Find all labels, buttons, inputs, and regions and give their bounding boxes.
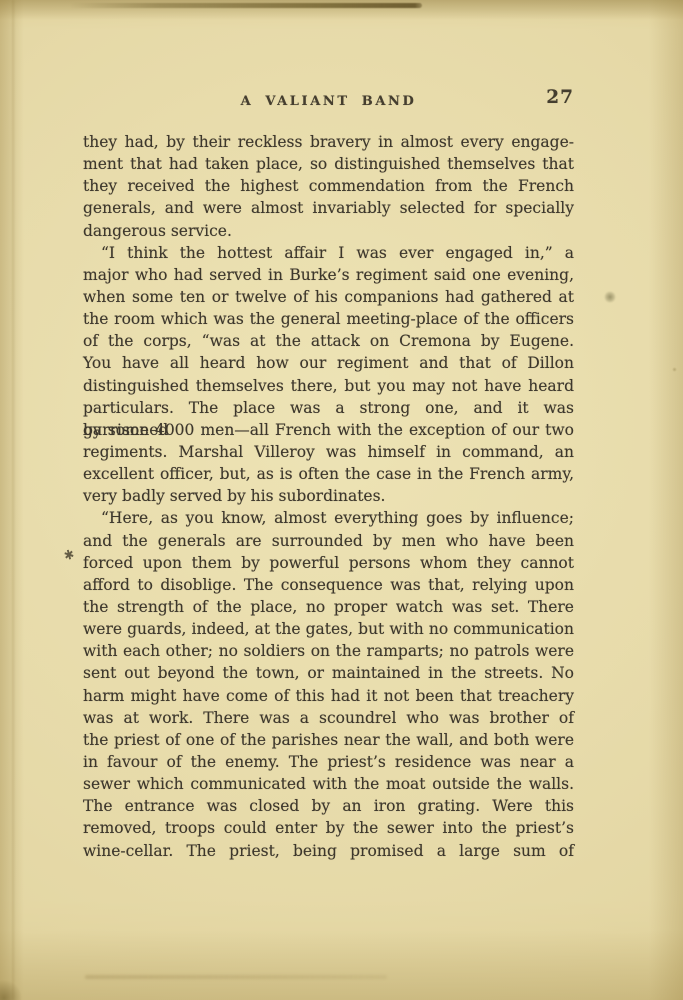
- text-line: they received the highest commendation f…: [83, 175, 574, 197]
- text-line: harm might have come of this had it not …: [83, 685, 574, 707]
- top-gutter-shadow: [70, 3, 422, 8]
- text-line: regiments. Marshal Villeroy was himself …: [83, 441, 574, 463]
- text-line: ment that had taken place, so distinguis…: [83, 153, 574, 175]
- text-line: sent out beyond the town, or maintained …: [83, 662, 574, 684]
- body-text-block: they had, by their reckless bravery in a…: [83, 131, 574, 862]
- text-line: afford to disoblige. The consequence was…: [83, 574, 574, 596]
- text-line: and the generals are surrounded by men w…: [83, 530, 574, 552]
- running-header: A VALIANT BAND 27: [83, 86, 574, 112]
- text-line: when some ten or twelve of his companion…: [83, 286, 574, 308]
- text-line: the priest of one of the parishes near t…: [83, 729, 574, 751]
- text-line: distinguished themselves there, but you …: [83, 375, 574, 397]
- paper-smudge-spot: [604, 291, 616, 303]
- text-line: sewer which communicated with the moat o…: [83, 773, 574, 795]
- left-edge-crease: [12, 0, 15, 1000]
- text-line: major who had served in Burke’s regiment…: [83, 264, 574, 286]
- text-line: of the corps, “was at the attack on Crem…: [83, 330, 574, 352]
- text-line: dangerous service.: [83, 220, 574, 242]
- text-line: “Here, as you know, almost everything go…: [83, 507, 574, 529]
- paper-speck: [672, 367, 677, 372]
- text-line: The entrance was closed by an iron grati…: [83, 795, 574, 817]
- text-line: with each other; no soldiers on the ramp…: [83, 640, 574, 662]
- text-line: removed, troops could enter by the sewer…: [83, 817, 574, 839]
- page-number: 27: [546, 87, 574, 108]
- text-line: wine-cellar. The priest, being promised …: [83, 840, 574, 862]
- book-page-scan: A VALIANT BAND 27 they had, by their rec…: [0, 0, 683, 1000]
- text-line: the strength of the place, no proper wat…: [83, 596, 574, 618]
- text-line: particulars. The place was a strong one,…: [83, 397, 574, 419]
- text-line: they had, by their reckless bravery in a…: [83, 131, 574, 153]
- text-line: the room which was the general meeting-p…: [83, 308, 574, 330]
- text-line: “I think the hottest affair I was ever e…: [83, 242, 574, 264]
- text-line: was at work. There was a scoundrel who w…: [83, 707, 574, 729]
- show-through-line: [85, 975, 387, 979]
- text-line: were guards, indeed, at the gates, but w…: [83, 618, 574, 640]
- text-line: You have all heard how our regiment and …: [83, 352, 574, 374]
- text-line: in favour of the enemy. The priest’s res…: [83, 751, 574, 773]
- text-line: excellent officer, but, as is often the …: [83, 463, 574, 485]
- text-line: by some 4000 men—all French with the exc…: [83, 419, 574, 441]
- margin-pen-mark: ✱: [62, 546, 75, 563]
- text-line: generals, and were almost invariably sel…: [83, 197, 574, 219]
- text-line: forced upon them by powerful persons who…: [83, 552, 574, 574]
- text-line: very badly served by his subordinates.: [83, 485, 574, 507]
- header-title: A VALIANT BAND: [83, 94, 574, 109]
